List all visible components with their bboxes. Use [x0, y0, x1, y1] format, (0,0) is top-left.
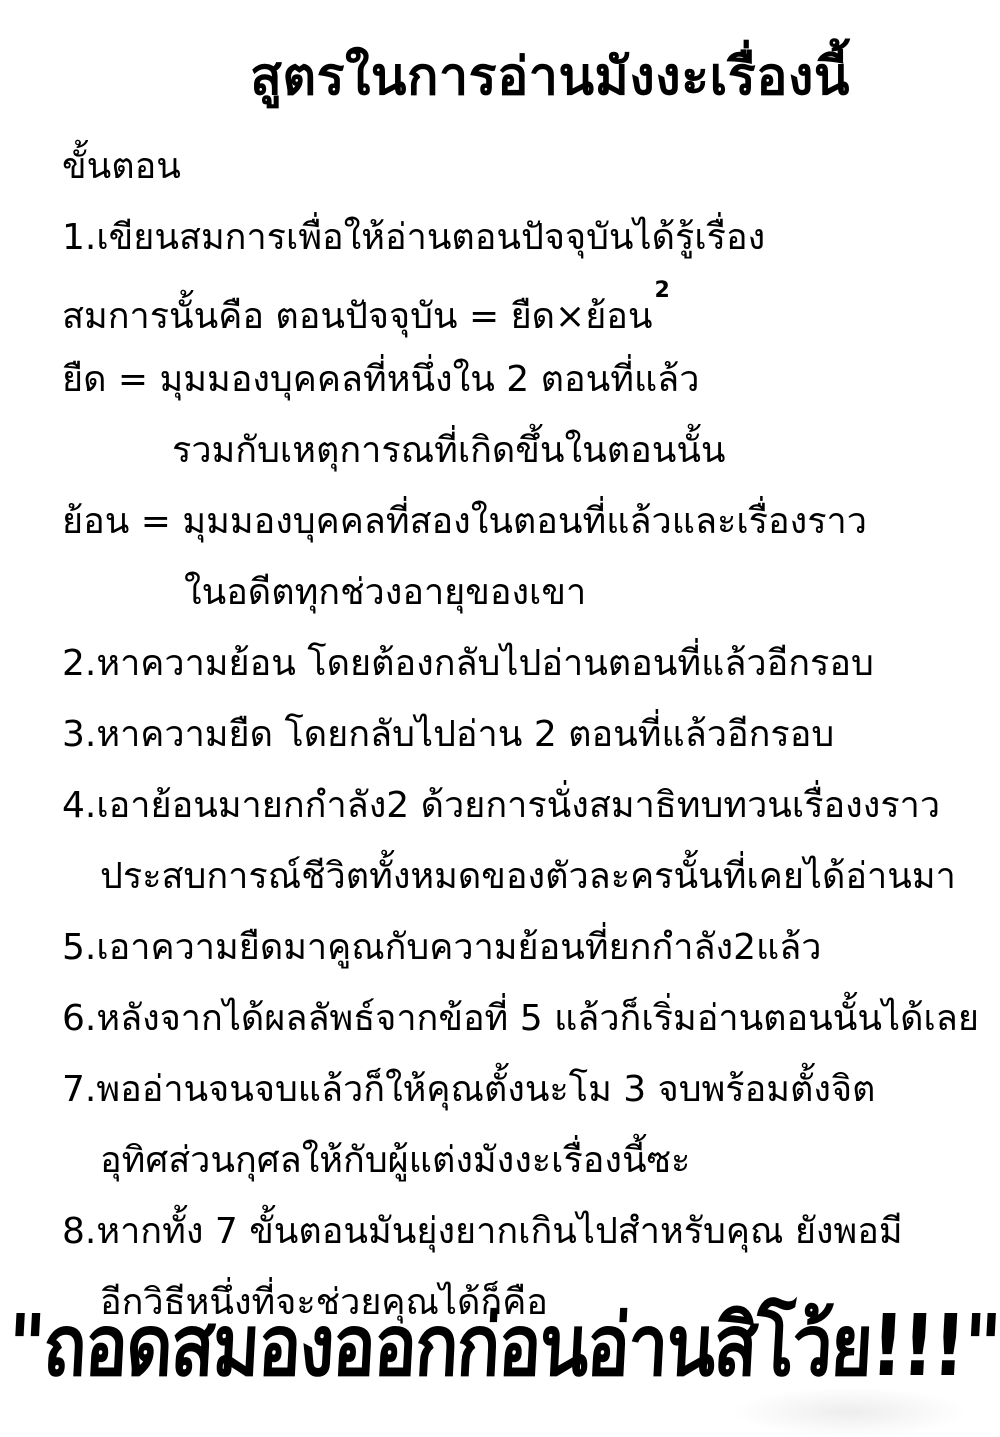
- yued-definition-text: ยืด = มุมมองบุคคลที่หนึ่งใน 2 ตอนที่แล้ว: [62, 359, 699, 400]
- step-7-cont-text: อุทิศส่วนกุศลให้กับผู้แต่งมังงะเรื่องนี้…: [100, 1140, 690, 1181]
- yon-definition-cont-line: ในอดีตทุกช่วงอายุของเขา: [62, 557, 990, 628]
- step-2-line: 2.หาความย้อน โดยต้องกลับไปอ่านตอนที่แล้ว…: [62, 628, 990, 699]
- step-8-text: 8.หากทั้ง 7 ขั้นตอนมันยุ่งยากเกินไปสำหรั…: [62, 1211, 903, 1252]
- step-6-line: 6.หลังจากได้ผลลัพธ์จากข้อที่ 5 แล้วก็เริ…: [62, 983, 990, 1054]
- step-7-line: 7.พออ่านจนจบแล้วก็ให้คุณตั้งนะโม 3 จบพร้…: [62, 1054, 990, 1125]
- equation-exponent: 2: [655, 278, 670, 303]
- step-8-line: 8.หากทั้ง 7 ขั้นตอนมันยุ่งยากเกินไปสำหรั…: [62, 1196, 990, 1267]
- step-4-line: 4.เอาย้อนมายกกำลัง2 ด้วยการนั่งสมาธิทบทว…: [62, 770, 990, 841]
- step-5-line: 5.เอาความยืดมาคูณกับความย้อนที่ยกกำลัง2แ…: [62, 912, 990, 983]
- equation-line: สมการนั้นคือ ตอนปัจจุบัน = ยืด×ย้อน2: [62, 273, 990, 344]
- step-4-cont-text: ประสบการณ์ชีวิตทั้งหมดของตัวละครนั้นที่เ…: [100, 856, 956, 897]
- manga-instruction-page: สูตรในการอ่านมังงะเรื่องนี้ ขั้นตอน 1.เข…: [0, 0, 1000, 1437]
- yon-definition-cont-text: ในอดีตทุกช่วงอายุของเขา: [184, 572, 586, 613]
- step-3-text: 3.หาความยืด โดยกลับไปอ่าน 2 ตอนที่แล้วอี…: [62, 714, 834, 755]
- equation-text: สมการนั้นคือ ตอนปัจจุบัน = ยืด×ย้อน: [62, 296, 653, 337]
- step-4-text: 4.เอาย้อนมายกกำลัง2 ด้วยการนั่งสมาธิทบทว…: [62, 785, 940, 826]
- bottom-shout-text: "ถอดสมองออกก่อนอ่านสิโว้ย!!!": [0, 1277, 1000, 1413]
- yued-definition-cont-text: รวมกับเหตุการณที่เกิดขึ้นในตอนนั้น: [172, 430, 726, 471]
- yon-definition-text: ย้อน = มุมมองบุคคลที่สองในตอนที่แล้วและเ…: [62, 501, 867, 542]
- page-title: สูตรในการอ่านมังงะเรื่องนี้: [50, 0, 1000, 117]
- steps-list: ขั้นตอน 1.เขียนสมการเพื่อให้อ่านตอนปัจจุ…: [0, 131, 1000, 1338]
- step-3-line: 3.หาความยืด โดยกลับไปอ่าน 2 ตอนที่แล้วอี…: [62, 699, 990, 770]
- yon-definition-line: ย้อน = มุมมองบุคคลที่สองในตอนที่แล้วและเ…: [62, 486, 990, 557]
- step-5-text: 5.เอาความยืดมาคูณกับความย้อนที่ยกกำลัง2แ…: [62, 927, 822, 968]
- yued-definition-cont-line: รวมกับเหตุการณที่เกิดขึ้นในตอนนั้น: [62, 415, 990, 486]
- step-1-text: 1.เขียนสมการเพื่อให้อ่านตอนปัจจุบันได้รู…: [62, 217, 765, 258]
- step-2-text: 2.หาความย้อน โดยต้องกลับไปอ่านตอนที่แล้ว…: [62, 643, 874, 684]
- steps-heading: ขั้นตอน: [62, 131, 990, 202]
- step-6-text: 6.หลังจากได้ผลลัพธ์จากข้อที่ 5 แล้วก็เริ…: [62, 998, 979, 1039]
- step-7-text: 7.พออ่านจนจบแล้วก็ให้คุณตั้งนะโม 3 จบพร้…: [62, 1069, 875, 1110]
- step-4-cont-line: ประสบการณ์ชีวิตทั้งหมดของตัวละครนั้นที่เ…: [62, 841, 990, 912]
- step-1-line: 1.เขียนสมการเพื่อให้อ่านตอนปัจจุบันได้รู…: [62, 202, 990, 273]
- yued-definition-line: ยืด = มุมมองบุคคลที่หนึ่งใน 2 ตอนที่แล้ว: [62, 344, 990, 415]
- step-7-cont-line: อุทิศส่วนกุศลให้กับผู้แต่งมังงะเรื่องนี้…: [62, 1125, 990, 1196]
